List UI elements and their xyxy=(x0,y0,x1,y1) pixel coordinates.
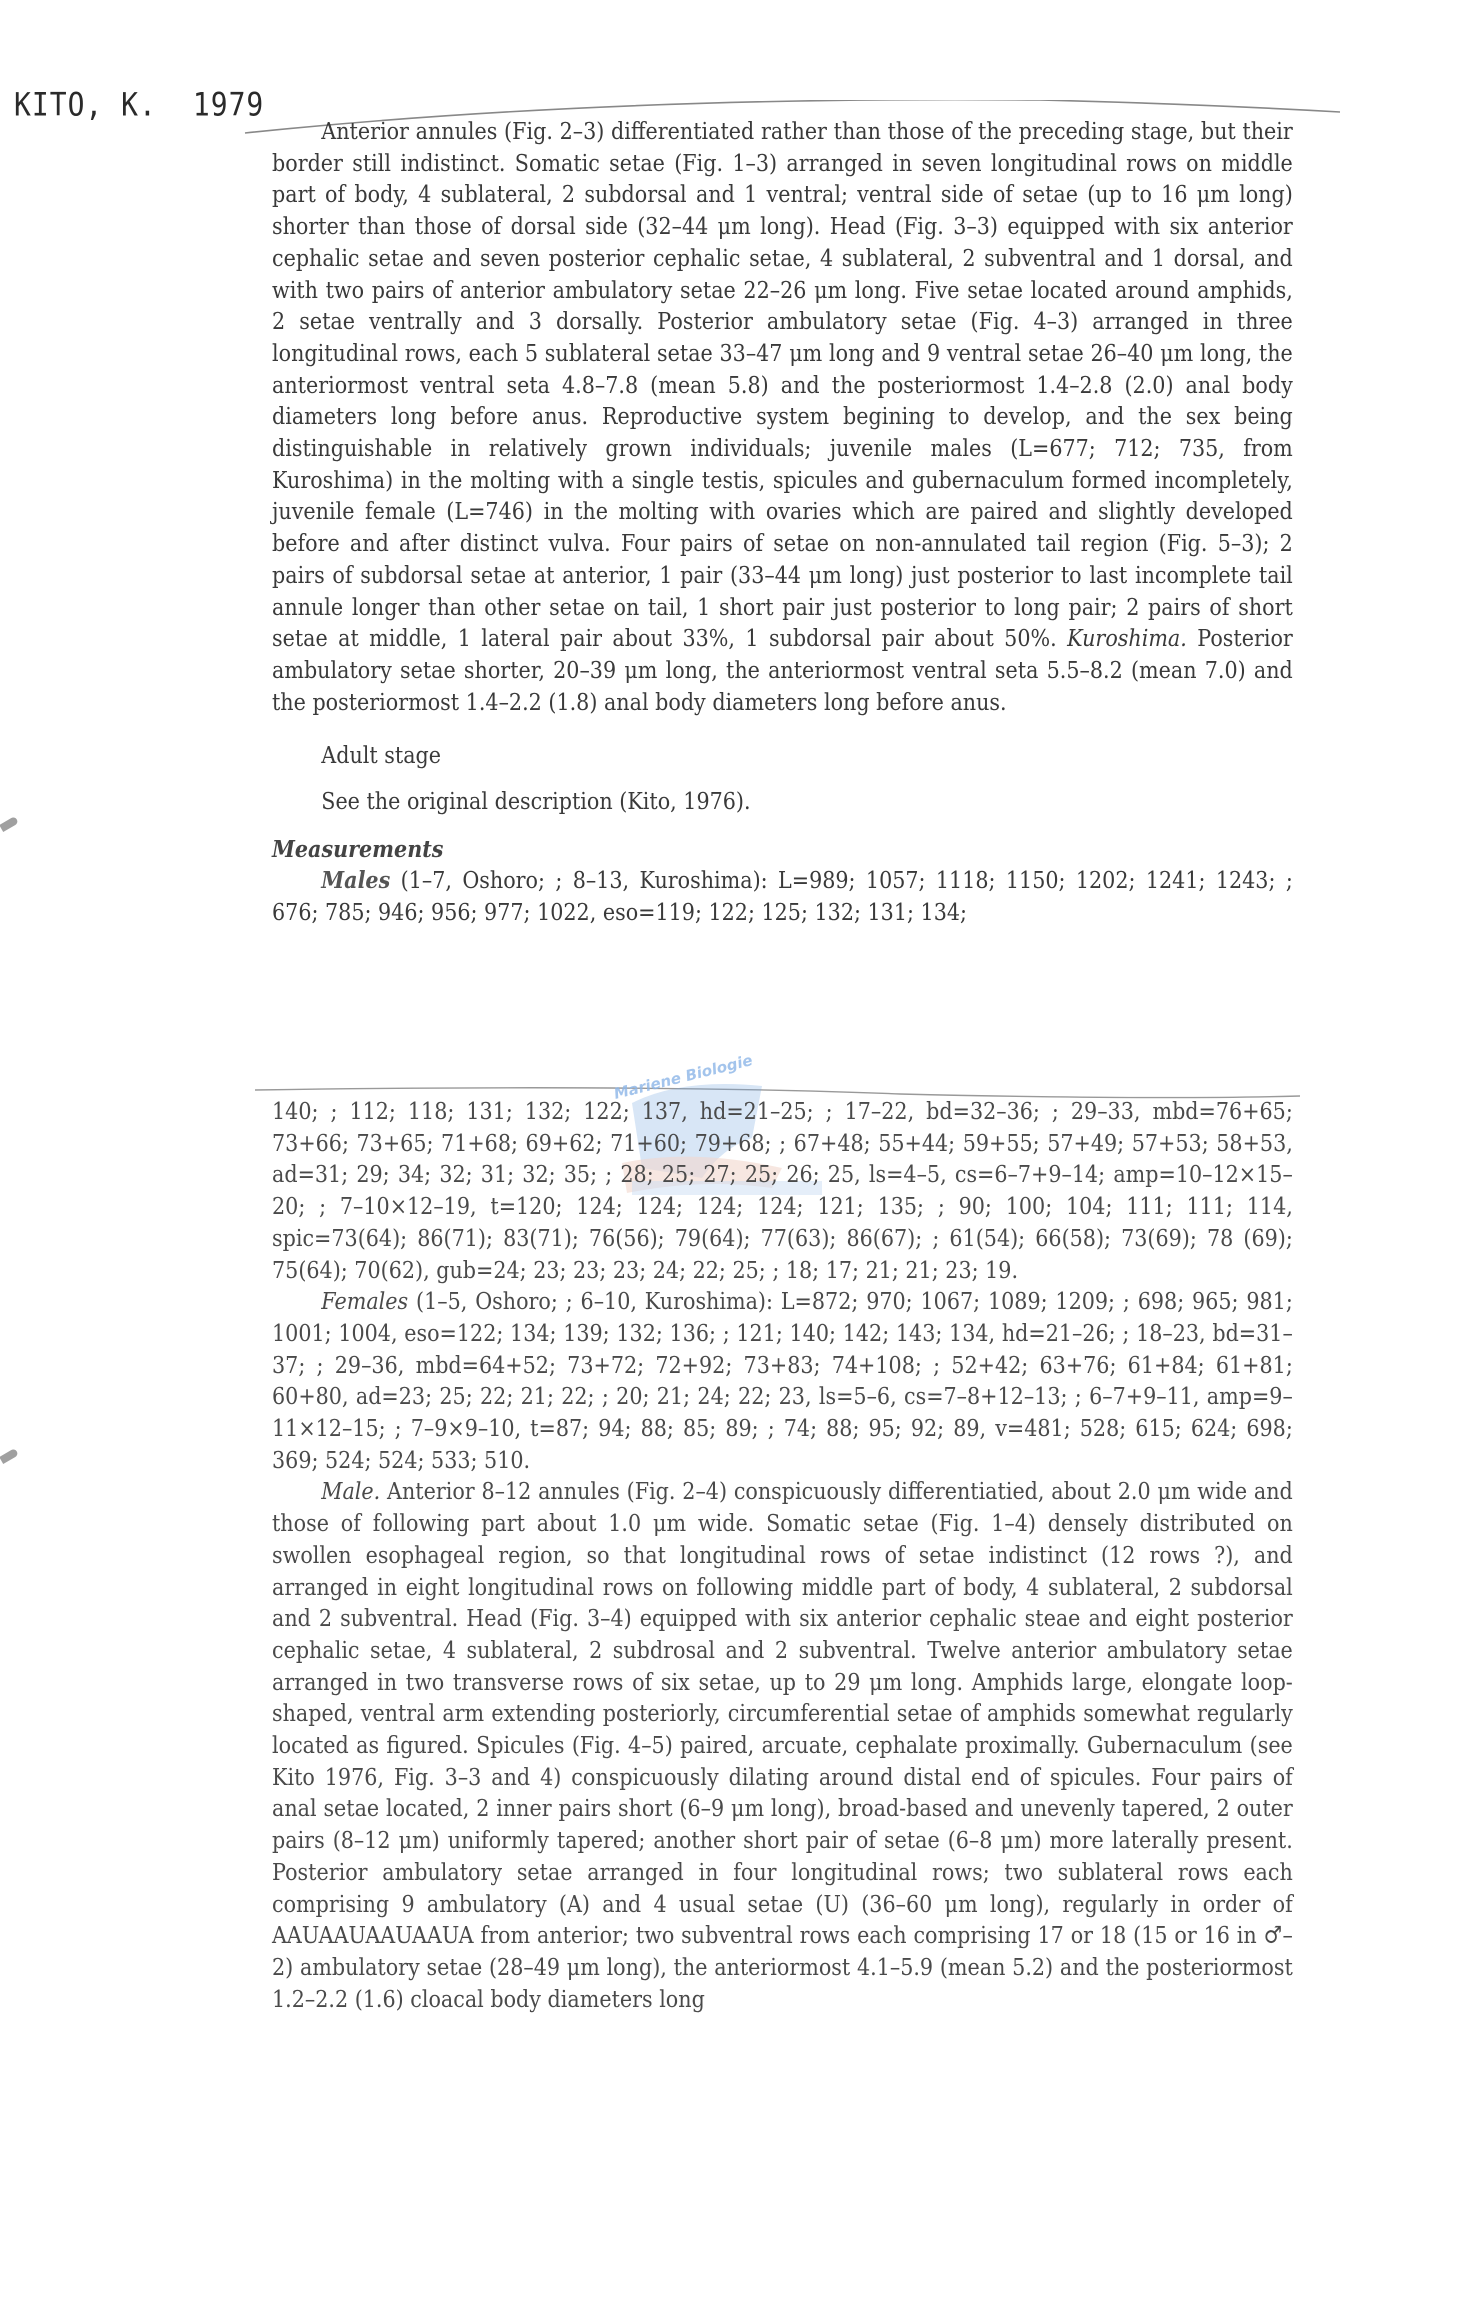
male-label: Male. xyxy=(321,1477,380,1505)
adult-stage-text: See the original description (Kito, 1976… xyxy=(272,786,1293,818)
year-label: 1979 xyxy=(193,86,264,124)
males-measurements-text: (1–7, Oshoro; ; 8–13, Kuroshima): L=989;… xyxy=(272,866,1293,926)
females-measurements: Females (1–5, Oshoro; ; 6–10, Kuroshima)… xyxy=(272,1286,1293,1476)
females-label: Females xyxy=(321,1287,408,1315)
adult-stage-heading: Adult stage xyxy=(321,740,1293,772)
paragraph-body: Anterior annules (Fig. 2–3) differentiat… xyxy=(272,117,1293,652)
lower-page-text: 140; ; 112; 118; 131; 132; 122; 137, hd=… xyxy=(272,1096,1293,2015)
scan-margin-mark xyxy=(0,1448,19,1464)
locality-italic: Kuroshima. xyxy=(1067,624,1187,652)
males-measurements-continued: 140; ; 112; 118; 131; 132; 122; 137, hd=… xyxy=(272,1096,1293,1286)
males-label: Males xyxy=(321,866,390,894)
juvenile-description-paragraph: Anterior annules (Fig. 2–3) differentiat… xyxy=(272,116,1293,718)
measurements-heading: Measurements xyxy=(272,834,1293,866)
upper-page-text: Anterior annules (Fig. 2–3) differentiat… xyxy=(272,116,1293,929)
males-measurements-top: Males (1–7, Oshoro; ; 8–13, Kuroshima): … xyxy=(272,865,1293,928)
scan-margin-mark xyxy=(0,816,19,832)
author-label: KITO, K. xyxy=(14,86,157,124)
male-description-text: Anterior 8–12 annules (Fig. 2–4) conspic… xyxy=(272,1477,1293,2012)
reference-stamp: KITO, K.1979 xyxy=(14,86,264,124)
females-measurements-text: (1–5, Oshoro; ; 6–10, Kuroshima): L=872;… xyxy=(272,1287,1293,1474)
male-description: Male. Anterior 8–12 annules (Fig. 2–4) c… xyxy=(272,1476,1293,2015)
